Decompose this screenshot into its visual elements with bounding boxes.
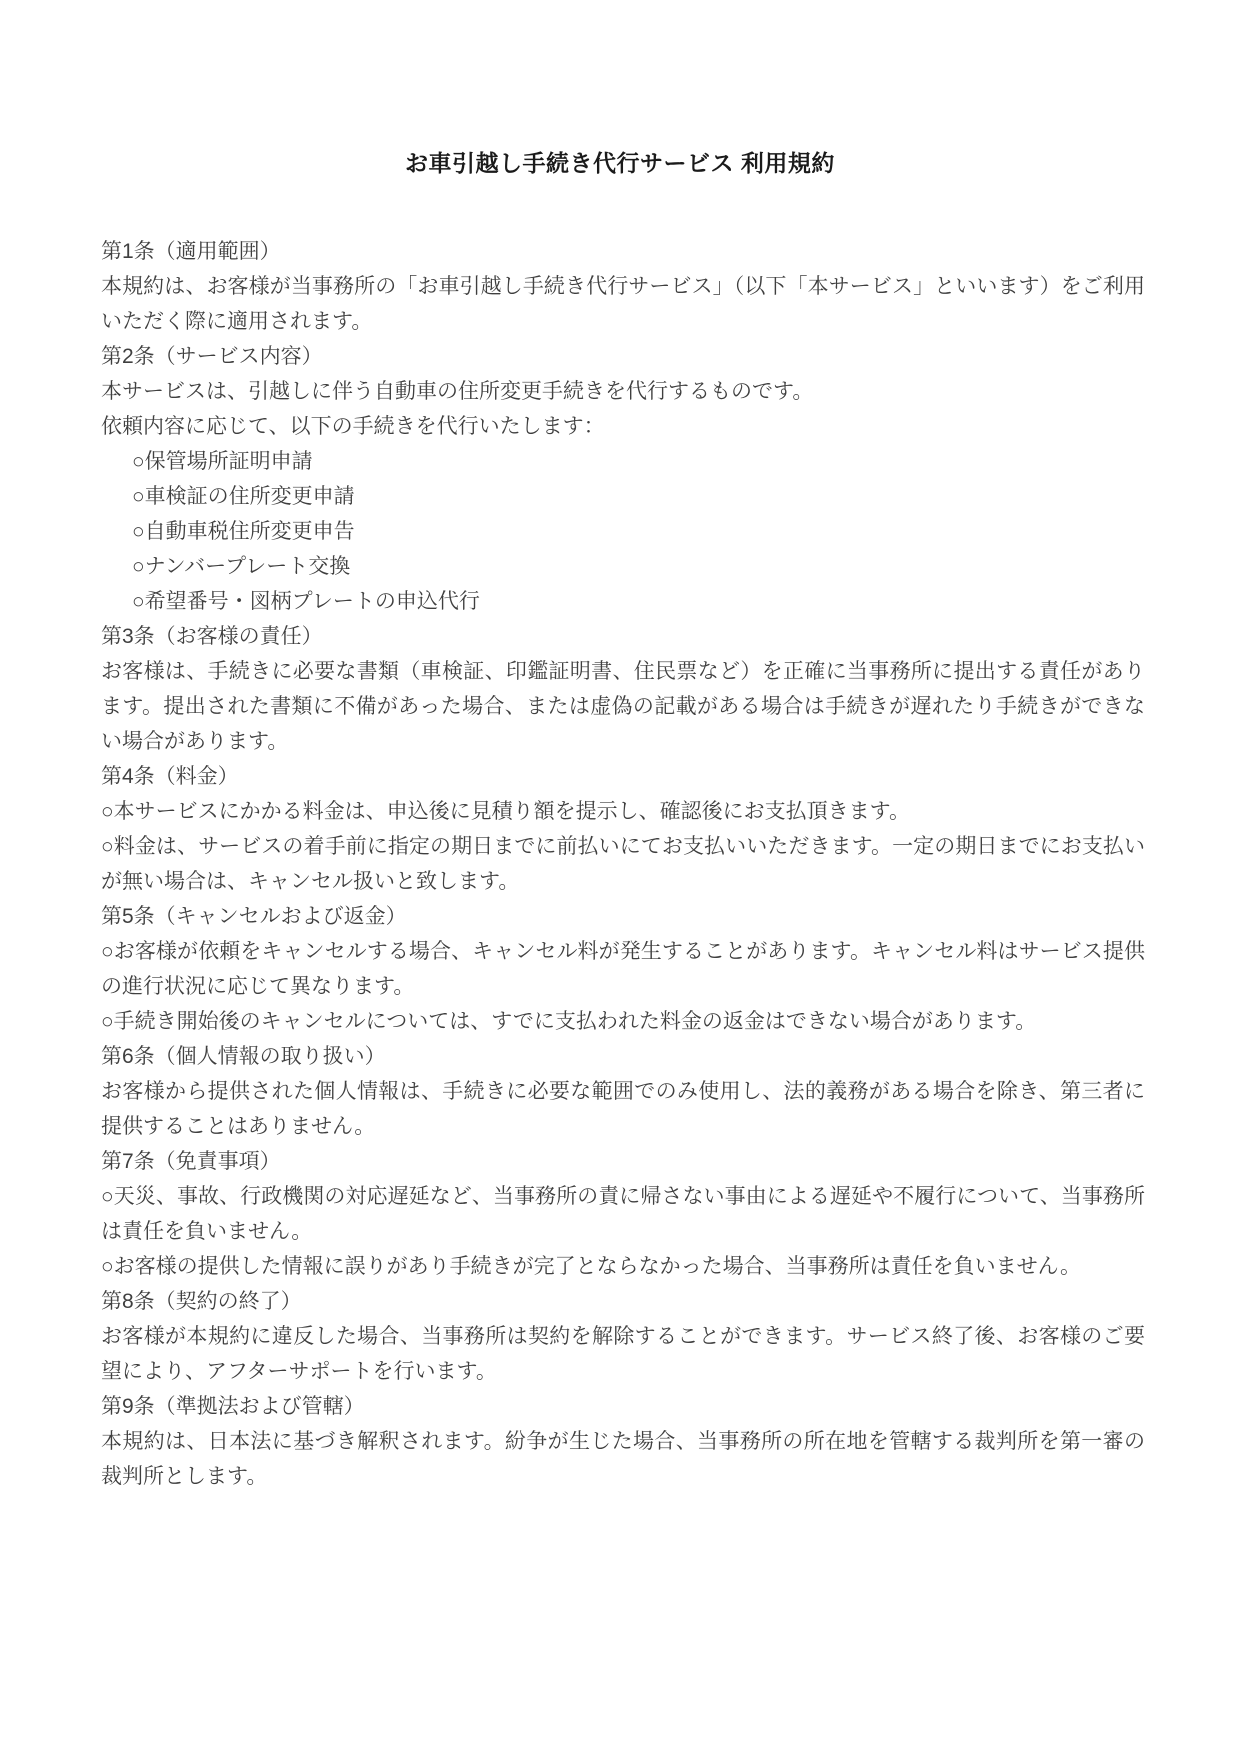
service-list-item: ○自動車税住所変更申告 <box>101 514 1145 549</box>
service-list-item: ○保管場所証明申請 <box>101 444 1145 479</box>
document-body: 第1条（適用範囲）本規約は、お客様が当事務所の「お車引越し手続き代行サービス」（… <box>101 234 1145 1494</box>
paragraph: ○天災、事故、行政機関の対応遅延など、当事務所の責に帰さない事由による遅延や不履… <box>101 1179 1145 1249</box>
document-title: お車引越し手続き代行サービス 利用規約 <box>0 146 1240 181</box>
article-heading: 第2条（サービス内容） <box>101 339 1145 374</box>
paragraph: ○手続き開始後のキャンセルについては、すでに支払われた料金の返金はできない場合が… <box>101 1004 1145 1039</box>
paragraph: ○料金は、サービスの着手前に指定の期日までに前払いにてお支払いいただきます。一定… <box>101 829 1145 899</box>
article-heading: 第9条（準拠法および管轄） <box>101 1389 1145 1424</box>
paragraph: お客様が本規約に違反した場合、当事務所は契約を解除することができます。サービス終… <box>101 1319 1145 1389</box>
article-heading: 第5条（キャンセルおよび返金） <box>101 899 1145 934</box>
paragraph: ○本サービスにかかる料金は、申込後に見積り額を提示し、確認後にお支払頂きます。 <box>101 794 1145 829</box>
article-heading: 第8条（契約の終了） <box>101 1284 1145 1319</box>
paragraph: ○お客様が依頼をキャンセルする場合、キャンセル料が発生することがあります。キャン… <box>101 934 1145 1004</box>
paragraph: 本規約は、日本法に基づき解釈されます。紛争が生じた場合、当事務所の所在地を管轄す… <box>101 1424 1145 1494</box>
article-heading: 第7条（免責事項） <box>101 1144 1145 1179</box>
paragraph: ○お客様の提供した情報に誤りがあり手続きが完了とならなかった場合、当事務所は責任… <box>101 1249 1145 1284</box>
article-heading: 第1条（適用範囲） <box>101 234 1145 269</box>
service-list-item: ○希望番号・図柄プレートの申込代行 <box>101 584 1145 619</box>
article-heading: 第6条（個人情報の取り扱い） <box>101 1039 1145 1074</box>
paragraph: お客様から提供された個人情報は、手続きに必要な範囲でのみ使用し、法的義務がある場… <box>101 1074 1145 1144</box>
paragraph: 本規約は、お客様が当事務所の「お車引越し手続き代行サービス」（以下「本サービス」… <box>101 269 1145 339</box>
service-list-item: ○ナンバープレート交換 <box>101 549 1145 584</box>
service-list-item: ○車検証の住所変更申請 <box>101 479 1145 514</box>
article-heading: 第4条（料金） <box>101 759 1145 794</box>
paragraph: 依頼内容に応じて、以下の手続きを代行いたします： <box>101 409 1145 444</box>
article-heading: 第3条（お客様の責任） <box>101 619 1145 654</box>
paragraph: お客様は、手続きに必要な書類（車検証、印鑑証明書、住民票など）を正確に当事務所に… <box>101 654 1145 759</box>
document-page: お車引越し手続き代行サービス 利用規約 第1条（適用範囲）本規約は、お客様が当事… <box>0 0 1240 1754</box>
paragraph: 本サービスは、引越しに伴う自動車の住所変更手続きを代行するものです。 <box>101 374 1145 409</box>
